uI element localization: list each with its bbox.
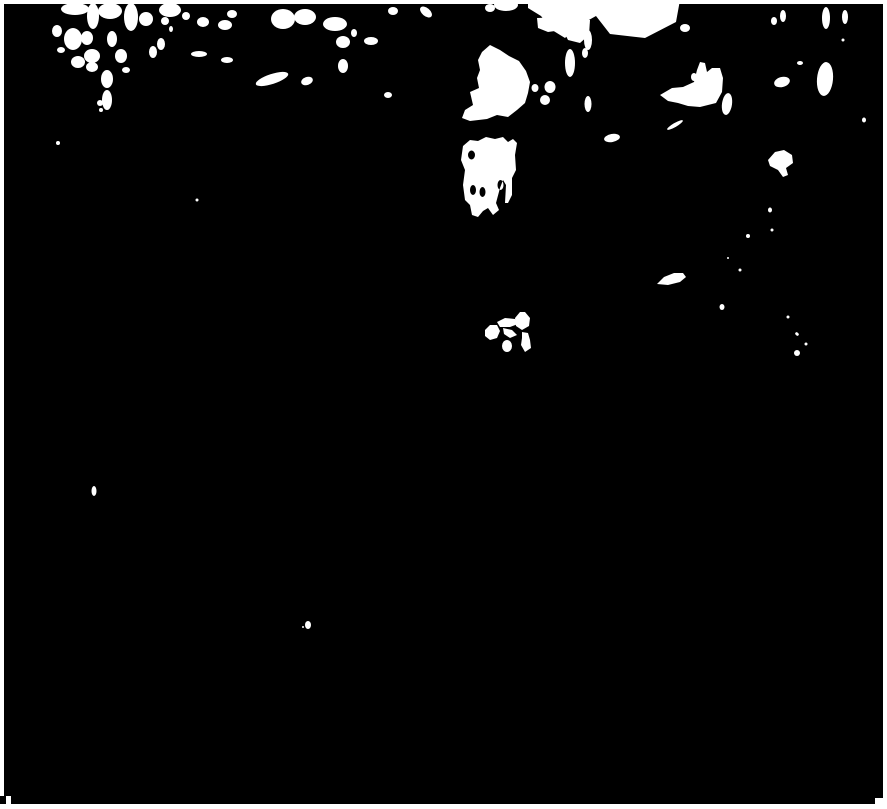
white-blob [64, 28, 82, 50]
white-blob [227, 10, 237, 18]
white-blob [52, 25, 62, 37]
white-blob [336, 36, 350, 48]
white-blob [875, 798, 884, 805]
binary-bitmap [0, 0, 887, 809]
white-blob [582, 48, 588, 58]
white-blob [101, 70, 113, 88]
white-blob [6, 796, 11, 804]
binary-image-frame [0, 0, 887, 809]
white-blob [191, 51, 207, 57]
white-blob [727, 257, 729, 259]
white-blob [338, 59, 348, 73]
white-blob [842, 10, 848, 24]
white-blob [485, 4, 495, 12]
white-blob [584, 30, 592, 50]
white-blob [822, 7, 830, 29]
white-blob [218, 20, 232, 30]
white-blob [124, 3, 138, 31]
white-blob [57, 47, 65, 53]
white-blob [794, 350, 800, 356]
white-blob [585, 96, 592, 112]
white-blob [71, 56, 85, 68]
white-blob [720, 304, 725, 310]
white-blob [107, 31, 117, 47]
white-blob [0, 0, 887, 809]
white-blob [302, 626, 304, 628]
white-blob [56, 141, 60, 145]
white-blob [196, 199, 199, 202]
white-blob [271, 9, 295, 29]
white-blob [197, 17, 209, 27]
white-blob [157, 38, 165, 50]
white-blob [161, 17, 169, 25]
white-blob [771, 229, 774, 232]
white-blob [842, 39, 845, 42]
white-blob [122, 67, 130, 73]
white-blob [86, 62, 98, 72]
white-blob [351, 29, 357, 37]
white-blob [680, 24, 690, 32]
white-blob [502, 340, 512, 352]
white-blob [780, 10, 786, 22]
white-blob [92, 486, 97, 496]
white-blob [0, 0, 887, 4]
white-blob [115, 49, 127, 63]
white-blob [87, 3, 99, 29]
white-blob [169, 26, 173, 32]
white-blob [771, 17, 777, 25]
white-blob [84, 49, 100, 63]
white-blob [883, 0, 887, 809]
white-blob [294, 9, 316, 25]
white-blob [388, 7, 398, 15]
white-blob [99, 108, 103, 112]
white-blob [0, 0, 4, 796]
white-blob [102, 90, 112, 110]
white-blob [221, 57, 233, 63]
white-blob [139, 12, 153, 26]
white-blob [305, 621, 311, 629]
white-blob [532, 84, 539, 92]
white-blob [384, 92, 392, 98]
white-blob [768, 208, 772, 213]
white-blob [691, 73, 697, 81]
white-blob [862, 118, 866, 123]
white-blob [159, 3, 181, 17]
white-blob [545, 81, 556, 93]
white-blob [746, 234, 750, 238]
white-blob [540, 95, 550, 105]
white-blob [182, 12, 190, 20]
white-blob [323, 17, 347, 31]
white-blob [97, 100, 103, 106]
white-blob [61, 3, 89, 15]
white-blob [81, 31, 93, 45]
white-blob [0, 804, 887, 809]
white-blob [565, 49, 575, 77]
white-blob [787, 316, 790, 319]
white-blob [149, 46, 157, 58]
white-blob [805, 343, 808, 346]
white-blob [797, 61, 803, 65]
white-blob [98, 3, 122, 19]
white-blob [364, 37, 378, 45]
white-blob [739, 269, 742, 272]
